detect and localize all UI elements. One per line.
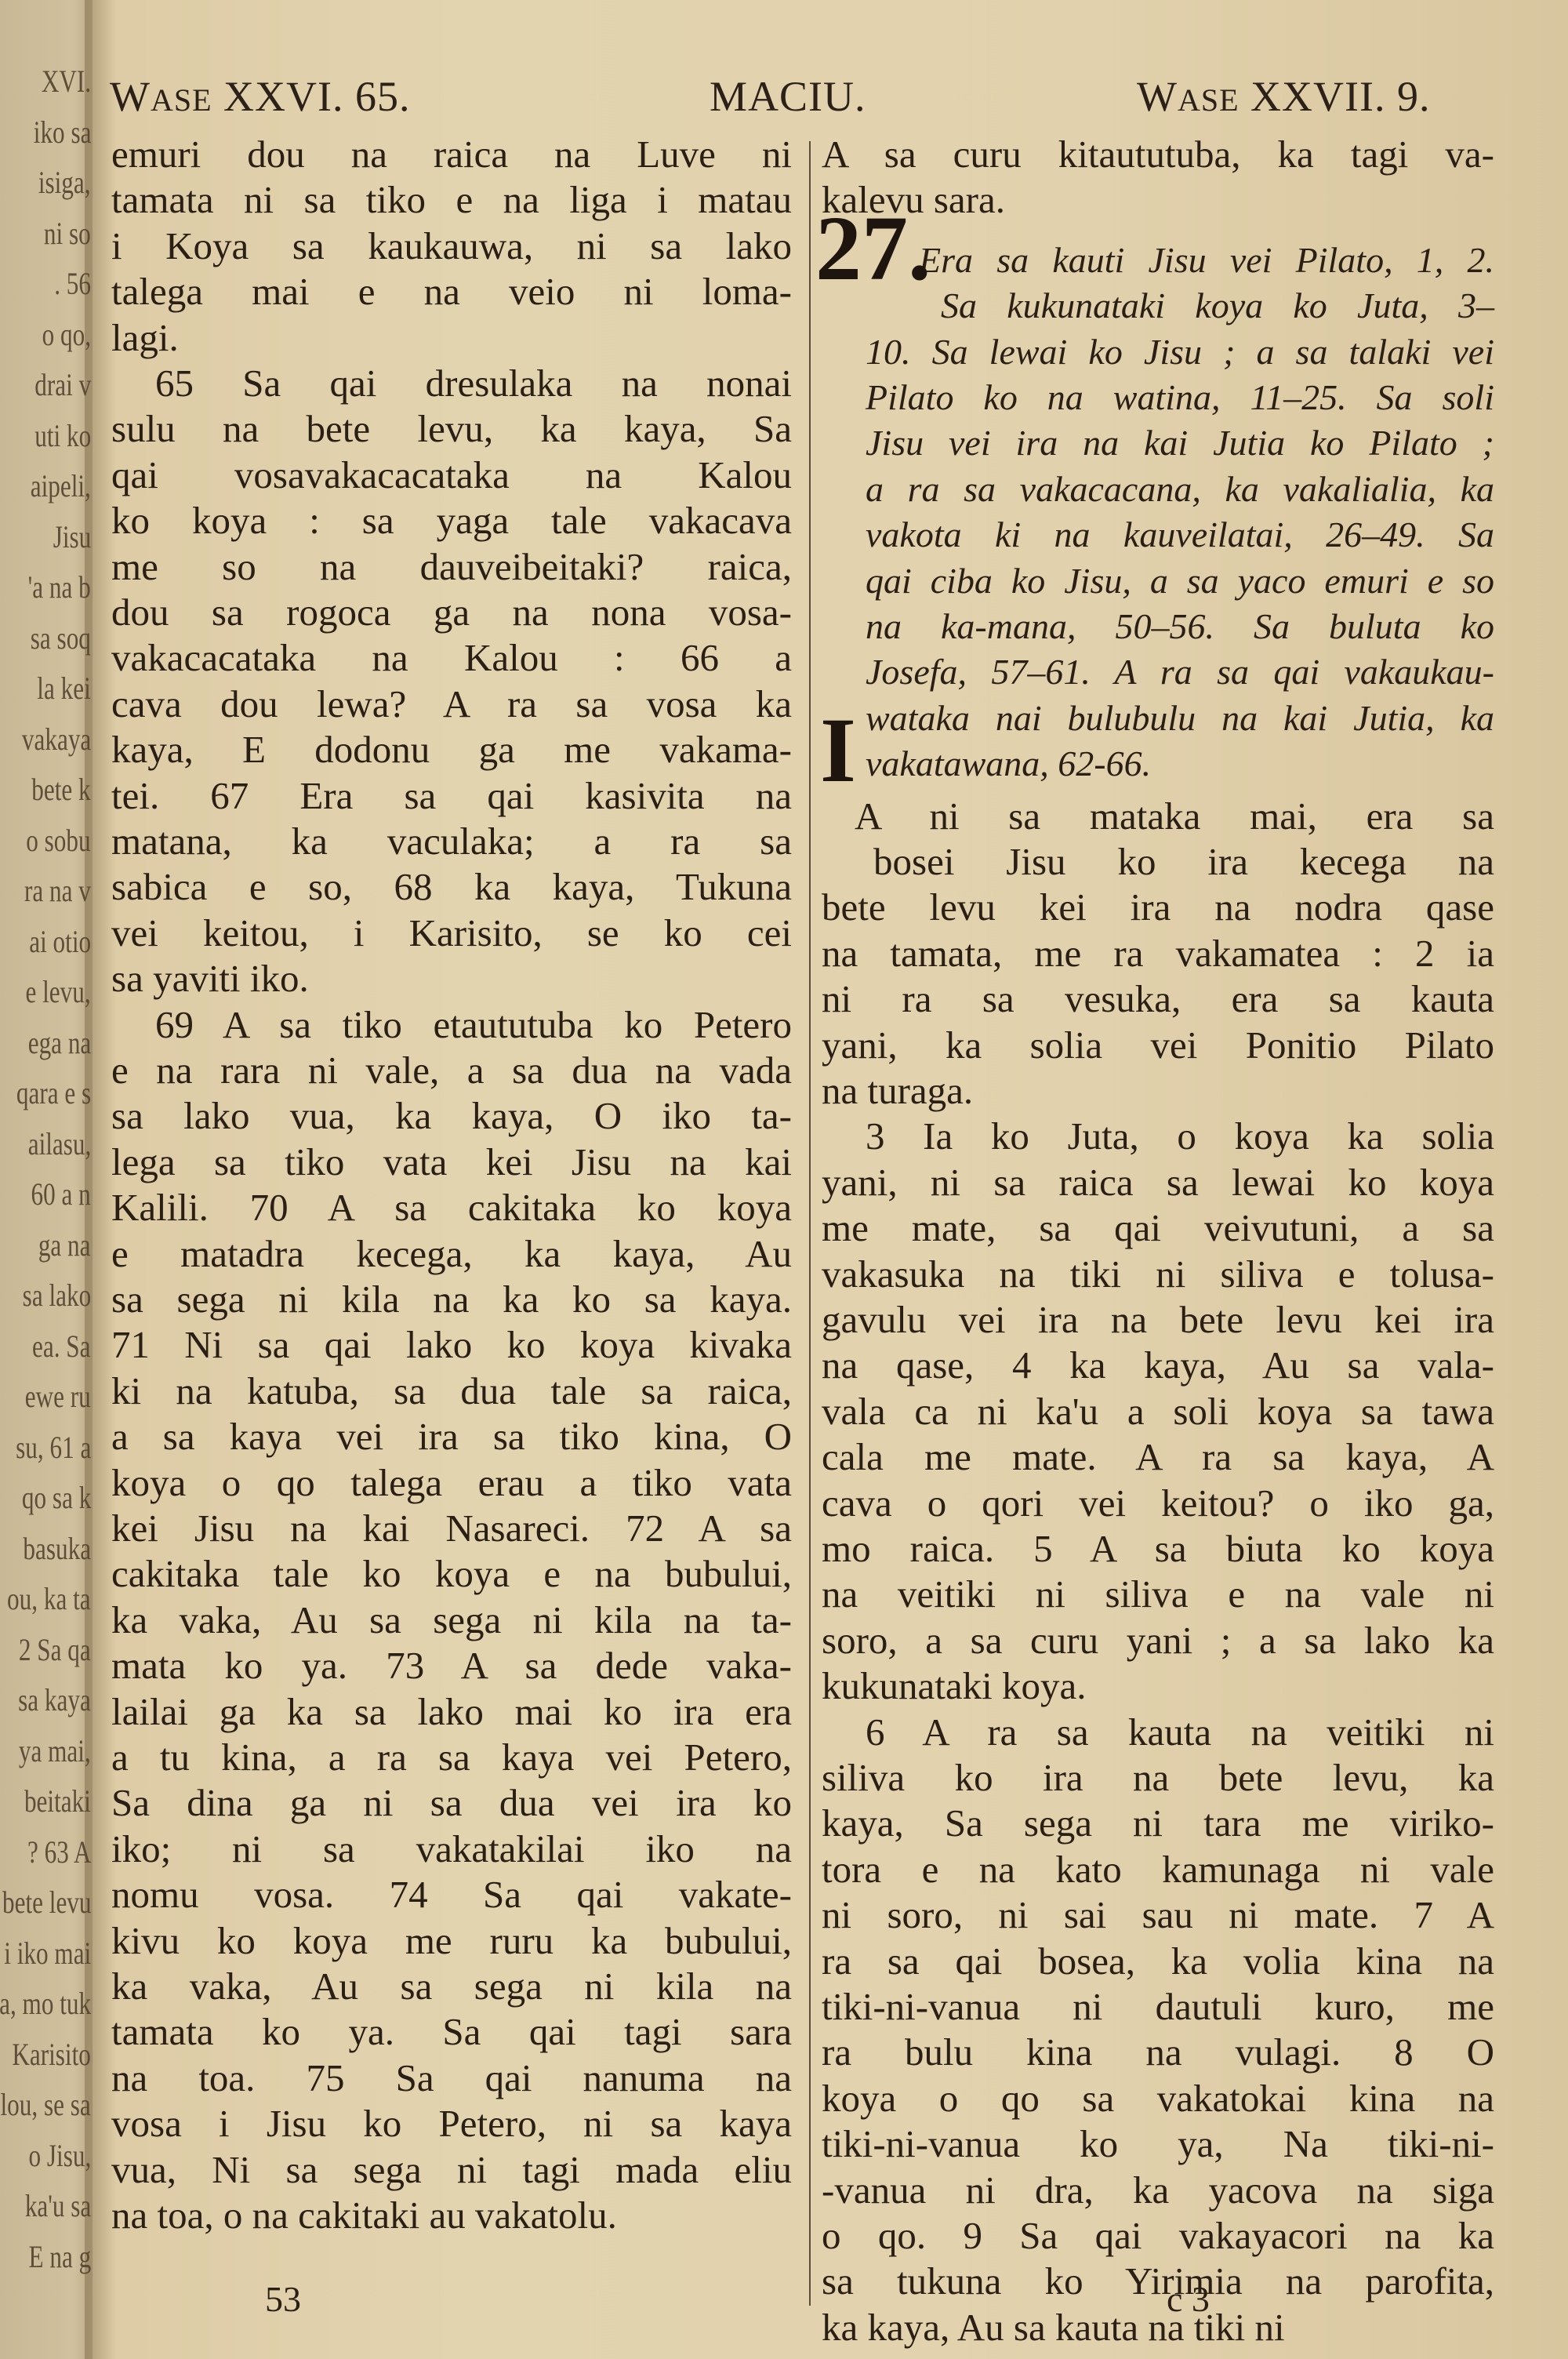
- facing-page-fragment: o qo,: [42, 316, 91, 353]
- verse-line: na tamata, me ra vakamatea : 2 ia: [822, 931, 1494, 976]
- facing-page-fragment: 2 Sa qa: [19, 1631, 91, 1668]
- verse-line: A sa curu kitaututuba, ka tagi va-: [822, 132, 1494, 177]
- verse-line: ki na katuba, sa dua tale sa raica,: [111, 1369, 792, 1414]
- running-header-title: MACIU.: [710, 72, 866, 121]
- verse-line: 6 A ra sa kauta na veitiki ni: [822, 1710, 1494, 1755]
- facing-page-fragment: sa soq: [31, 620, 91, 656]
- header-right-ref: XXVII. 9.: [1250, 73, 1430, 120]
- facing-page-fragment: 60 a n: [31, 1176, 91, 1212]
- facing-page-fragment: ? 63 A: [27, 1834, 91, 1870]
- verse-line: ni ra sa vesuka, era sa kauta: [822, 976, 1494, 1022]
- verse-line: sa tukuna ko Yirimia na parofita,: [822, 2259, 1494, 2304]
- facing-page-fragment: la, mo tuk: [0, 1985, 91, 2022]
- verse-line: bete levu kei ira na nodra qase: [822, 885, 1494, 930]
- verse-line: kaya, Sa sega ni tara me viriko-: [822, 1801, 1494, 1846]
- facing-page-fragment: ai otio: [29, 923, 91, 960]
- facing-page-fragment: sa kaya: [18, 1681, 91, 1718]
- verse-line: tiki-ni-vanua ni dautuli kuro, me: [822, 1984, 1494, 2030]
- facing-page-fragment: ea. Sa: [32, 1328, 91, 1365]
- verse-line: nomu vosa. 74 Sa qai vakate-: [111, 1872, 792, 1917]
- facing-page-fragment: qara e s: [16, 1074, 91, 1111]
- verse-line: ka vaka, Au sa sega ni kila na ta-: [111, 1598, 792, 1643]
- facing-page-fragment: ega na: [27, 1024, 91, 1061]
- verse-line: e matadra kecega, ka kaya, Au: [111, 1231, 792, 1277]
- verse-line: mata ko ya. 73 A sa dede vaka-: [111, 1643, 792, 1688]
- facing-page-fragment: iko sa: [33, 114, 91, 151]
- verse-line: me so na dauveibeitaki? raica,: [111, 544, 792, 590]
- verse-line: gavulu vei ira na bete levu kei ira: [822, 1297, 1494, 1343]
- verse-line: koya o qo sa vakatokai kina na: [822, 2076, 1494, 2121]
- chapter-summary-line: Sa kukunataki koya ko Juta, 3–: [941, 283, 1494, 329]
- verse-line: tora e na kato kamunaga ni vale: [822, 1847, 1494, 1892]
- verse-line: qai vosavakacacataka na Kalou: [111, 453, 792, 498]
- verse-line: vosa i Jisu ko Petero, ni sa kaya: [111, 2101, 792, 2146]
- facing-page-fragment: ou, ka ta: [7, 1580, 91, 1617]
- verse-line: ka kaya, Au sa kauta na tiki ni: [822, 2305, 1494, 2350]
- verse-line: tamata ko ya. Sa qai tagi sara: [111, 2009, 792, 2055]
- verse-line: a sa kaya vei ira sa tiko kina, O: [111, 1414, 792, 1459]
- verse-line: sabica e so, 68 ka kaya, Tukuna: [111, 864, 792, 910]
- chapter-summary-line: Era sa kauti Jisu vei Pilato, 1, 2.: [919, 238, 1494, 283]
- verse-line: e na rara ni vale, a sa dua na vada: [111, 1048, 792, 1093]
- verse-line: me mate, sa qai veivutuni, a sa: [822, 1205, 1494, 1251]
- verse-line: Kalili. 70 A sa cakitaka ko koya: [111, 1185, 792, 1230]
- facing-page-fragment: ka'u sa: [25, 2187, 91, 2224]
- facing-page-fragment: sa lako: [22, 1277, 91, 1314]
- verse-line: soro, a sa curu yani ; a sa lako ka: [822, 1618, 1494, 1663]
- verse-line: ra bulu kina na vulagi. 8 O: [822, 2030, 1494, 2075]
- verse-line: ko koya : sa yaga tale vakacava: [111, 498, 792, 543]
- chapter-summary-line: Josefa, 57–61. A ra sa qai vakaukau-: [866, 649, 1494, 695]
- verse-line: dou sa rogoca ga na nona vosa-: [111, 590, 792, 635]
- verse-line: kukunataki koya.: [822, 1663, 1494, 1709]
- facing-page-fragment: basuka: [23, 1530, 91, 1567]
- verse-line: emuri dou na raica na Luve ni: [111, 132, 792, 177]
- verse-line: kaya, E dodonu ga me vakama-: [111, 727, 792, 772]
- facing-page-fragment: E na g: [28, 2238, 91, 2275]
- verse-line: ka vaka, Au sa sega ni kila na: [111, 1964, 792, 2009]
- verse-line: A ni sa mataka mai, era sa: [855, 794, 1494, 839]
- running-header-right: WASE XXVII. 9.: [1137, 72, 1431, 121]
- verse-line: Sa dina ga ni sa dua vei ira ko: [111, 1780, 792, 1826]
- verse-line: ni soro, ni sai sau ni mate. 7 A: [822, 1892, 1494, 1938]
- facing-page-edge: XVI.iko saisiga,ni so. 56o qo,drai vuti …: [0, 0, 93, 2359]
- facing-page-fragment: e levu,: [26, 973, 91, 1010]
- verse-line: vakacacataka na Kalou : 66 a: [111, 635, 792, 681]
- verse-line: i Koya sa kaukauwa, ni sa lako: [111, 224, 792, 269]
- chapter-summary-line: a ra sa vakacacana, ka vakalialia, ka: [866, 467, 1494, 512]
- verse-line: sa sega ni kila na ka ko sa kaya.: [111, 1277, 792, 1322]
- header-left-ase: ASE: [151, 82, 212, 118]
- facing-page-fragment: la kei: [38, 670, 91, 707]
- facing-page-fragment: ya mai,: [19, 1732, 91, 1769]
- verse-line: 71 Ni sa qai lako ko koya kivaka: [111, 1322, 792, 1368]
- facing-page-fragment: uti ko: [34, 417, 91, 454]
- facing-page-fragment: aipeli,: [31, 467, 91, 504]
- facing-page-fragment: ailasu,: [27, 1125, 91, 1162]
- header-left-ref: XXVI. 65.: [223, 73, 410, 120]
- verse-line: sa lako vua, ka kaya, O iko ta-: [111, 1093, 792, 1139]
- verse-line: na toa, o na cakitaki au vakatolu.: [111, 2193, 792, 2238]
- verse-line: tiki-ni-vanua ko ya, Na tiki-ni-: [822, 2121, 1494, 2167]
- header-right-ase: ASE: [1178, 82, 1240, 118]
- chapter-summary-line: wataka nai bulubulu na kai Jutia, ka: [866, 696, 1494, 741]
- verse-line: 3 Ia ko Juta, o koya ka solia: [822, 1114, 1494, 1159]
- chapter-summary-line: na ka-mana, 50–56. Sa buluta ko: [866, 604, 1494, 649]
- verse-line: koya o qo talega erau a tiko vata: [111, 1460, 792, 1506]
- header-right-w: W: [1137, 73, 1178, 120]
- verse-line: yani, ni sa raica sa lewai ko koya: [822, 1160, 1494, 1205]
- verse-line: bosei Jisu ko ira kecega na: [873, 839, 1494, 885]
- verse-line: cala me mate. A ra sa kaya, A: [822, 1434, 1494, 1480]
- facing-page-fragment: beitaki: [24, 1783, 91, 1819]
- facing-page-fragment: isiga,: [38, 164, 91, 201]
- verse-line: na toa. 75 Sa qai nanuma na: [111, 2055, 792, 2101]
- verse-line: siliva ko ira na bete levu, ka: [822, 1755, 1494, 1801]
- verse-line: mo raica. 5 A sa biuta ko koya: [822, 1526, 1494, 1572]
- verse-line: a tu kina, a ra sa kaya vei Petero,: [111, 1735, 792, 1780]
- verse-line: tamata ni sa tiko e na liga i matau: [111, 177, 792, 223]
- chapter-number: 27.: [815, 202, 931, 295]
- facing-page-fragment: Karisito: [12, 2036, 91, 2073]
- verse-line: vua, Ni sa sega ni tagi mada eliu: [111, 2147, 792, 2193]
- verse-line: vei keitou, i Karisito, se ko cei: [111, 911, 792, 956]
- verse-line: kivu ko koya me ruru ka bubului,: [111, 1918, 792, 1964]
- facing-page-fragment: vakaya: [22, 721, 91, 758]
- facing-page-fragment: o Jisu,: [28, 2137, 91, 2174]
- facing-page-fragment: o sobu: [27, 822, 91, 859]
- verse-line: kei Jisu na kai Nasareci. 72 A sa: [111, 1506, 792, 1551]
- verse-line: lega sa tiko vata kei Jisu na kai: [111, 1140, 792, 1185]
- facing-page-fragment: lou, se sa: [1, 2086, 91, 2123]
- running-header-left: WASE XXVI. 65.: [110, 72, 411, 121]
- verse-line: na veitiki ni siliva e na vale ni: [822, 1572, 1494, 1617]
- signature-mark: c 3: [1167, 2278, 1210, 2320]
- verse-line: ra sa qai bosea, ka volia kina na: [822, 1939, 1494, 1984]
- verse-line: lailai ga ka sa lako mai ko ira era: [111, 1689, 792, 1735]
- verse-line: tei. 67 Era sa qai kasivita na: [111, 773, 792, 819]
- book-page: XVI.iko saisiga,ni so. 56o qo,drai vuti …: [0, 0, 1568, 2359]
- facing-page-fragment: su, 61 a: [16, 1429, 91, 1466]
- chapter-summary-line: Jisu vei ira na kai Jutia ko Pilato ;: [866, 420, 1494, 466]
- verse-line: vala ca ni ka'u a soli koya sa tawa: [822, 1389, 1494, 1434]
- verse-line: cava dou lewa? A ra sa vosa ka: [111, 682, 792, 727]
- facing-page-fragment: qo sa k: [22, 1479, 91, 1516]
- facing-page-fragment: 'a na b: [28, 569, 91, 605]
- verse-line: cava o qori vei keitou? o iko ga,: [822, 1481, 1494, 1526]
- verse-line: talega mai e na veio ni loma-: [111, 269, 792, 314]
- verse-line: cakitaka tale ko koya e na bubului,: [111, 1551, 792, 1597]
- verse-line: na qase, 4 ka kaya, Au sa vala-: [822, 1343, 1494, 1388]
- facing-page-fragment: bete k: [32, 771, 91, 808]
- facing-page-fragment: ga na: [38, 1227, 91, 1263]
- facing-page-fragment: bete levu: [2, 1884, 91, 1921]
- chapter-summary-line: vakota ki na kauveilatai, 26–49. Sa: [866, 512, 1494, 558]
- chapter-summary-line: vakatawana, 62-66.: [866, 741, 1494, 787]
- verse-line: -vanua ni dra, ka yacova na siga: [822, 2168, 1494, 2213]
- facing-page-fragment: XVI.: [42, 63, 91, 100]
- verse-line: 69 A sa tiko etaututuba ko Petero: [111, 1002, 792, 1048]
- facing-page-fragment: ewe ru: [25, 1378, 91, 1415]
- column-divider: [809, 141, 811, 2306]
- facing-page-fragment: ra na v: [24, 872, 91, 909]
- verse-line: iko; ni sa vakatakilai iko na: [111, 1826, 792, 1872]
- facing-page-fragment: i iko mai: [4, 1935, 91, 1972]
- page-number: 53: [265, 2278, 301, 2320]
- verse-line: o qo. 9 Sa qai vakayacori na ka: [822, 2213, 1494, 2259]
- chapter-summary-line: qai ciba ko Jisu, a sa yaco emuri e so: [866, 558, 1494, 604]
- verse-line: sulu na bete levu, ka kaya, Sa: [111, 406, 792, 452]
- verse-line: matana, ka vaculaka; a ra sa: [111, 819, 792, 864]
- verse-line: na turaga.: [822, 1068, 1494, 1114]
- verse-line: lagi.: [111, 315, 792, 361]
- verse-line: yani, ka solia vei Ponitio Pilato: [822, 1023, 1494, 1068]
- facing-page-fragment: drai v: [34, 366, 91, 403]
- header-left-w: W: [110, 73, 151, 120]
- chapter-summary-line: 10. Sa lewai ko Jisu ; a sa talaki vei: [866, 329, 1494, 375]
- verse-line: 65 Sa qai dresulaka na nonai: [111, 361, 792, 406]
- drop-cap: I: [820, 704, 856, 797]
- verse-line: sa yaviti iko.: [111, 956, 792, 1001]
- verse-line: vakasuka na tiki ni siliva e tolusa-: [822, 1252, 1494, 1297]
- chapter-summary-line: Pilato ko na watina, 11–25. Sa soli: [866, 375, 1494, 420]
